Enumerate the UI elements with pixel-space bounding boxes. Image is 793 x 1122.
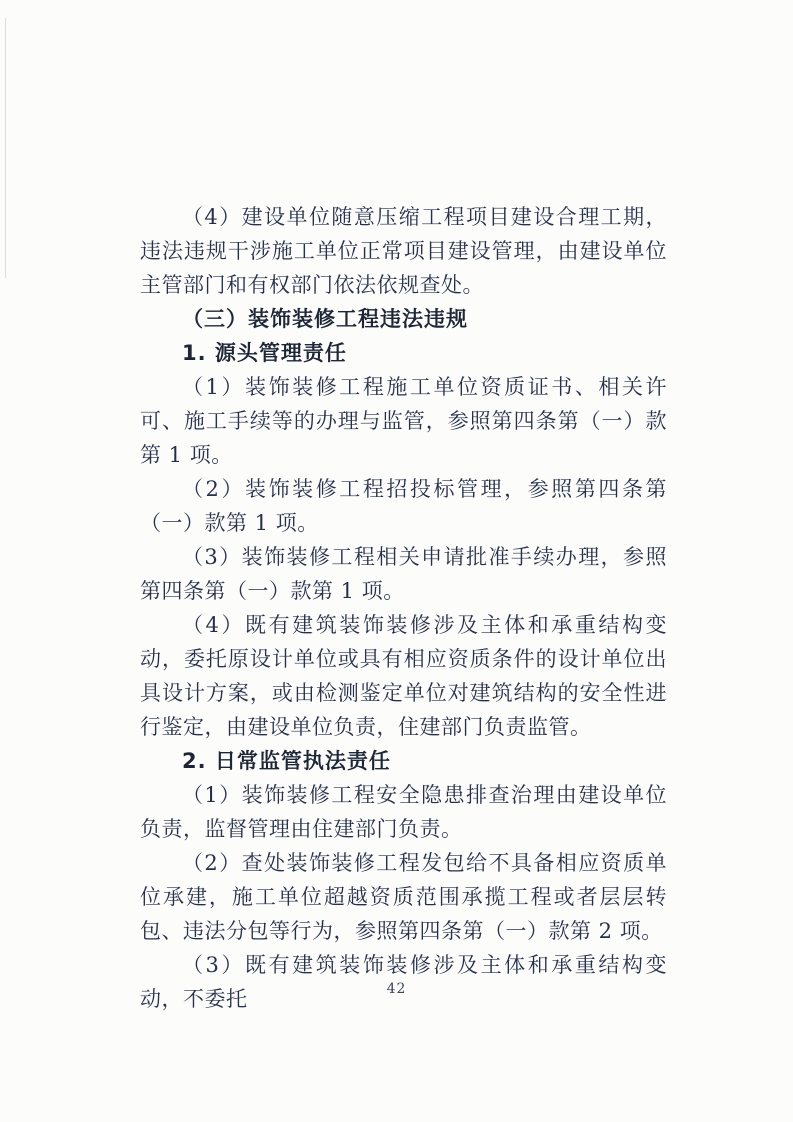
section-heading: 2. 日常监管执法责任 (140, 744, 667, 778)
paragraph: （3）装饰装修工程相关申请批准手续办理，参照第四条第（一）款第 1 项。 (140, 540, 667, 608)
document-page: （4）建设单位随意压缩工程项目建设合理工期，违法违规干涉施工单位正常项目建设管理… (0, 0, 793, 1122)
page-number: 42 (0, 981, 793, 997)
document-body: （4）建设单位随意压缩工程项目建设合理工期，违法违规干涉施工单位正常项目建设管理… (140, 200, 667, 1016)
scan-edge-artifact (5, 18, 6, 278)
paragraph: （2）查处装饰装修工程发包给不具备相应资质单位承建，施工单位超越资质范围承揽工程… (140, 846, 667, 948)
paragraph: （1）装饰装修工程安全隐患排查治理由建设单位负责，监督管理由住建部门负责。 (140, 778, 667, 846)
paragraph: （4）既有建筑装饰装修涉及主体和承重结构变动，委托原设计单位或具有相应资质条件的… (140, 608, 667, 744)
paragraph: （2）装饰装修工程招投标管理，参照第四条第（一）款第 1 项。 (140, 472, 667, 540)
paragraph: （4）建设单位随意压缩工程项目建设合理工期，违法违规干涉施工单位正常项目建设管理… (140, 200, 667, 302)
paragraph: （1）装饰装修工程施工单位资质证书、相关许可、施工手续等的办理与监管，参照第四条… (140, 370, 667, 472)
section-heading: 1. 源头管理责任 (140, 336, 667, 370)
section-heading: （三）装饰装修工程违法违规 (140, 302, 667, 336)
